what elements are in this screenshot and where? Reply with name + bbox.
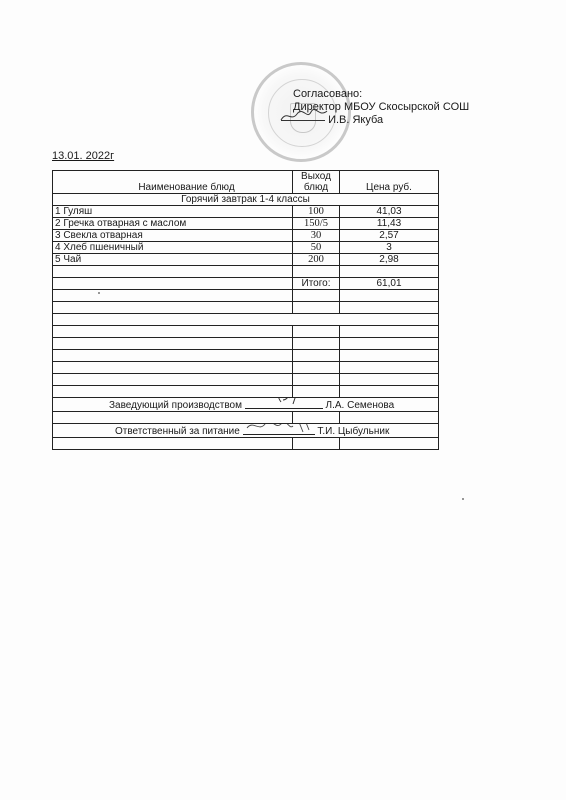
header-yield: Выходблюд (293, 171, 340, 194)
nutrition-role: Ответственный за питание (115, 426, 240, 437)
approval-heading: Согласовано: (293, 88, 469, 101)
empty-row (53, 290, 439, 302)
scan-speck (462, 498, 464, 500)
production-signature-row: Заведующий производством Л.А. Семенова (53, 398, 439, 412)
section-title: Горячий завтрак 1-4 классы (53, 194, 439, 206)
document-date: 13.01. 2022г (52, 150, 114, 162)
total-label: Итого: (293, 278, 340, 290)
empty-row (53, 362, 439, 374)
table-row: 2 Гречка отварная с маслом 150/5 11,43 (53, 218, 439, 230)
table-row: 3 Свекла отварная 30 2,57 (53, 230, 439, 242)
table-row: 1 Гуляш 100 41,03 (53, 206, 439, 218)
table-row: 5 Чай 200 2,98 (53, 254, 439, 266)
section-row: Горячий завтрак 1-4 классы (53, 194, 439, 206)
empty-row (53, 314, 439, 326)
scan-speck (98, 292, 100, 294)
total-value: 61,01 (340, 278, 439, 290)
empty-row (53, 350, 439, 362)
menu-table: Наименование блюд Выходблюд Цена руб. Го… (52, 170, 439, 450)
empty-row (53, 338, 439, 350)
director-name: И.В. Якуба (328, 114, 383, 126)
header-price: Цена руб. (340, 171, 439, 194)
empty-row (53, 266, 439, 278)
director-signature (281, 120, 325, 121)
empty-row (53, 438, 439, 450)
empty-row (53, 412, 439, 424)
production-signature (245, 398, 323, 409)
empty-row (53, 302, 439, 314)
empty-row (53, 374, 439, 386)
empty-row (53, 326, 439, 338)
table-row: 4 Хлеб пшеничный 50 3 (53, 242, 439, 254)
production-name: Л.А. Семенова (326, 400, 395, 411)
production-role: Заведующий производством (109, 400, 242, 411)
nutrition-signature-row: Ответственный за питание Т.И. Цыбульник (53, 424, 439, 438)
table-header-row: Наименование блюд Выходблюд Цена руб. (53, 171, 439, 194)
nutrition-signature (243, 424, 315, 435)
approval-block: Согласовано: Директор МБОУ Скосырской СО… (293, 88, 469, 127)
empty-row (53, 386, 439, 398)
header-dish-name: Наименование блюд (53, 171, 293, 194)
total-row: Итого: 61,01 (53, 278, 439, 290)
nutrition-name: Т.И. Цыбульник (317, 426, 389, 437)
